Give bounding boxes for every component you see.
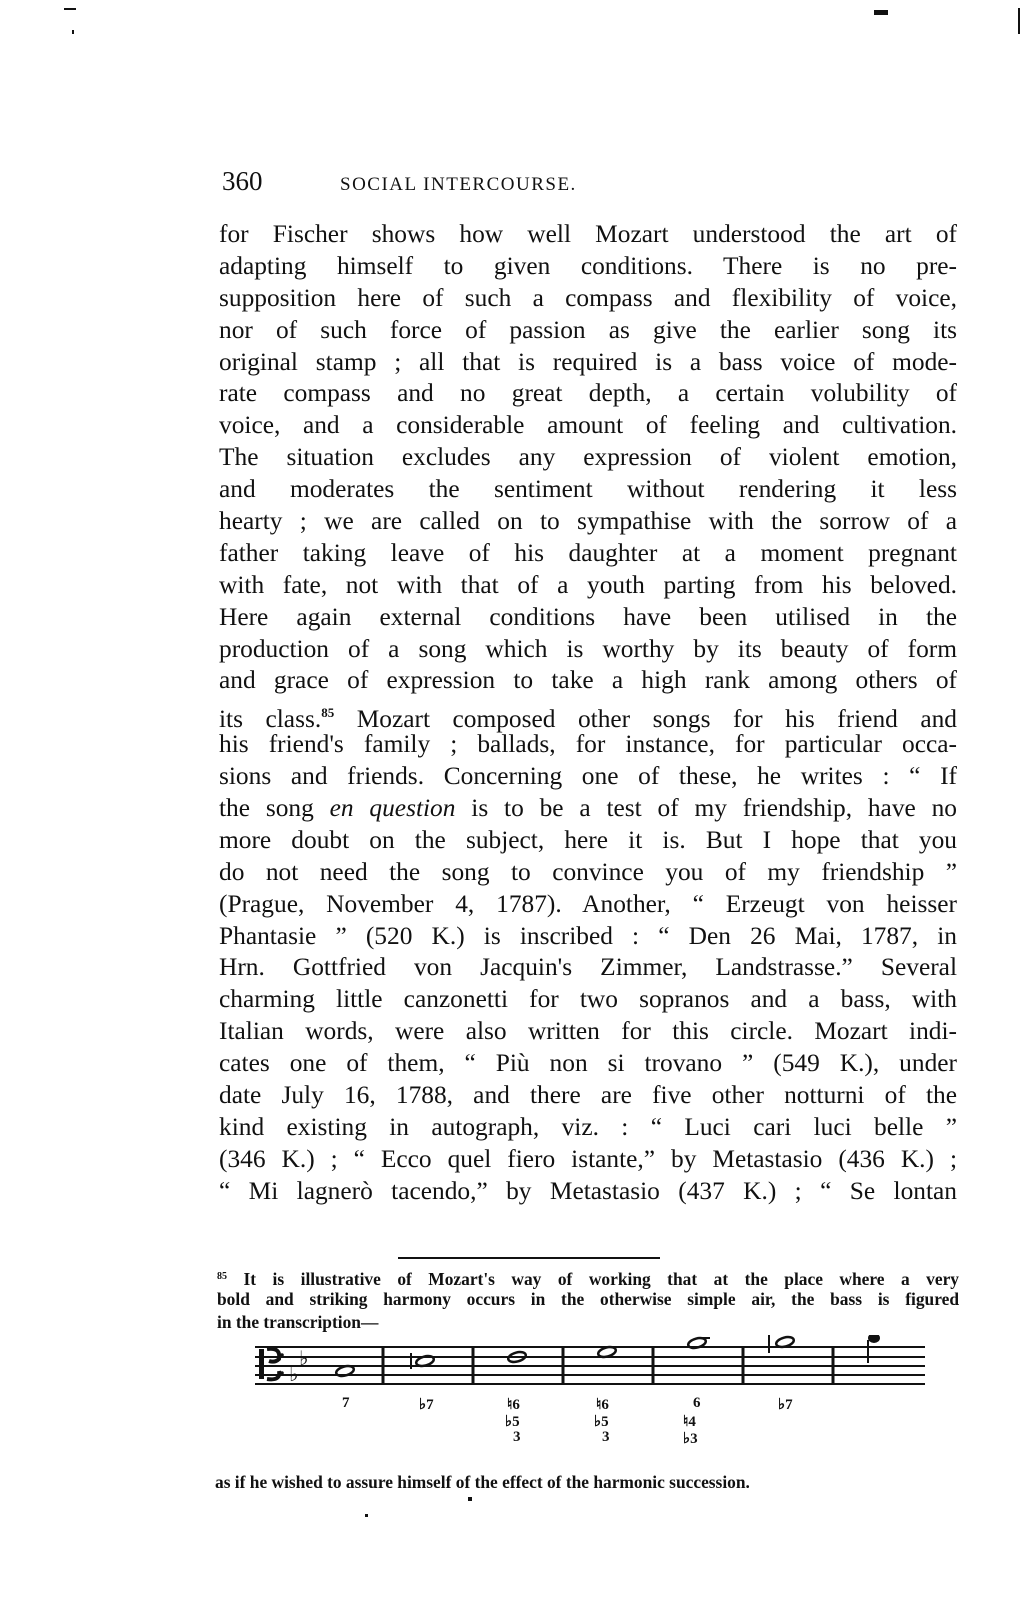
page-number: 360 [222, 166, 263, 197]
music-example: ♭ ♭ 7 ♭7 ♮6 ♭5 3 ♮6 ♭5 3 6 ♮4 ♭3 ♭7 [255, 1335, 925, 1465]
scan-mark [365, 1514, 368, 1517]
italic-phrase: en question [330, 794, 456, 822]
footnote-divider [398, 1257, 660, 1259]
text-line: (346 K.) ; “ Ecco quel fiero istante,” b… [219, 1144, 957, 1176]
text-line: hearty ; we are called on to sympathise … [219, 506, 957, 538]
text-line: sions and friends. Concerning one of the… [219, 761, 957, 793]
flat-icon: ♭ [299, 1348, 308, 1370]
body-text: for Fischer shows how well Mozart unders… [219, 219, 957, 1208]
footnote-line: bold and striking harmony occurs in the … [217, 1288, 959, 1311]
text-line: kind existing in autograph, viz. : “ Luc… [219, 1112, 957, 1144]
text-line: nor of such force of passion as give the… [219, 315, 957, 347]
footnote-closing: as if he wished to assure himself of the… [215, 1472, 915, 1493]
text-line: for Fischer shows how well Mozart unders… [219, 219, 957, 251]
text-line: Hrn. Gottfried von Jacquin's Zimmer, Lan… [219, 952, 957, 984]
figured-bass: ♭7 [778, 1395, 793, 1414]
text-line: rate compass and no great depth, a certa… [219, 378, 957, 410]
text-line: supposition here of such a compass and f… [219, 283, 957, 315]
text-line: Phantasie ” (520 K.) is inscribed : “ De… [219, 921, 957, 953]
text-line: voice, and a considerable amount of feel… [219, 410, 957, 442]
scan-mark [72, 30, 74, 34]
text-line: and grace of expression to take a high r… [219, 665, 957, 697]
figured-bass: ♭3 [683, 1429, 698, 1448]
text-line: (Prague, November 4, 1787). Another, “ E… [219, 889, 957, 921]
text-line: “ Mi lagnerò tacendo,” by Metastasio (43… [219, 1176, 957, 1208]
text-line: date July 16, 1788, and there are five o… [219, 1080, 957, 1112]
footnote-line: 85 It is illustrative of Mozart's way of… [217, 1265, 959, 1288]
text-line: do not need the song to convince you of … [219, 857, 957, 889]
text-line: adapting himself to given conditions. Th… [219, 251, 957, 283]
figured-bass: 3 [513, 1429, 521, 1446]
footnote-number: 85 [217, 1271, 227, 1282]
page-header: 360 SOCIAL INTERCOURSE. [222, 166, 962, 206]
scan-mark [1018, 8, 1020, 34]
text-line: charming little canzonetti for two sopra… [219, 984, 957, 1016]
flat-icon: ♭ [289, 1364, 298, 1386]
footnote: 85 It is illustrative of Mozart's way of… [217, 1265, 959, 1334]
figured-bass: 6 [693, 1395, 701, 1412]
text-line: its class.85 Mozart composed other songs… [219, 697, 957, 729]
footnote-reference[interactable]: 85 [321, 705, 334, 720]
music-staff: ♭ ♭ [255, 1335, 925, 1395]
scan-mark [64, 8, 76, 10]
figured-bass: ♭7 [419, 1395, 434, 1414]
text-line: with fate, not with that of a youth part… [219, 570, 957, 602]
figured-bass: 3 [602, 1429, 610, 1446]
scan-mark [874, 10, 888, 15]
figured-bass: 7 [342, 1395, 350, 1412]
text-line: more doubt on the subject, here it is. B… [219, 825, 957, 857]
text-line: Italian words, were also written for thi… [219, 1016, 957, 1048]
text-line: and moderates the sentiment without rend… [219, 474, 957, 506]
scan-mark [468, 1497, 472, 1501]
text-line: original stamp ; all that is required is… [219, 347, 957, 379]
running-head: SOCIAL INTERCOURSE. [340, 174, 577, 196]
text-line: Here again external conditions have been… [219, 602, 957, 634]
text-line: production of a song which is worthy by … [219, 634, 957, 666]
text-line: father taking leave of his daughter at a… [219, 538, 957, 570]
text-line: the song en question is to be a test of … [219, 793, 957, 825]
text-line: The situation excludes any expression of… [219, 442, 957, 474]
text-line: cates one of them, “ Più non si trovano … [219, 1048, 957, 1080]
text-line: his friend's family ; ballads, for insta… [219, 729, 957, 761]
footnote-line: in the transcription— [217, 1311, 959, 1334]
